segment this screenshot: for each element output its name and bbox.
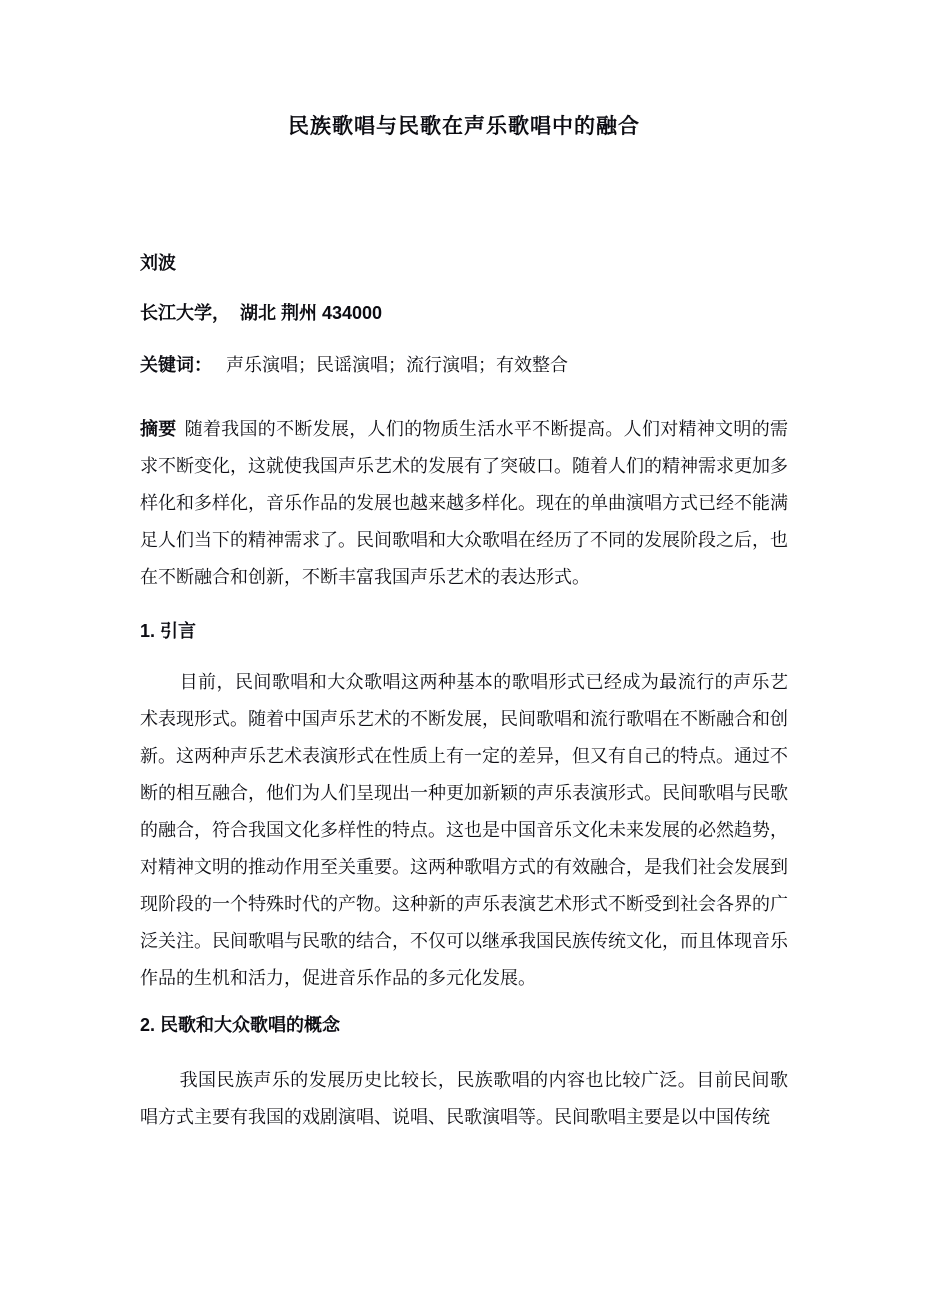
abstract-paragraph: 摘要随着我国的不断发展，人们的物质生活水平不断提高。人们对精神文明的需求不断变化… xyxy=(140,411,788,596)
page-title: 民族歌唱与民歌在声乐歌唱中的融合 xyxy=(140,112,788,142)
author-name: 刘波 xyxy=(140,245,788,282)
abstract-text: 随着我国的不断发展，人们的物质生活水平不断提高。人们对精神文明的需求不断变化，这… xyxy=(140,419,788,587)
section-paragraph-introduction: 目前，民间歌唱和大众歌唱这两种基本的歌唱形式已经成为最流行的声乐艺术表现形式。随… xyxy=(140,664,788,997)
keywords-text: 声乐演唱；民谣演唱；流行演唱；有效整合 xyxy=(226,355,568,375)
document-page: 民族歌唱与民歌在声乐歌唱中的融合 刘波 长江大学， 湖北 荆州 434000 关… xyxy=(0,0,925,1308)
section-heading-concepts: 2. 民歌和大众歌唱的概念 xyxy=(140,1007,788,1044)
keywords-label: 关键词： xyxy=(140,355,212,375)
author-affiliation: 长江大学， 湖北 荆州 434000 xyxy=(140,295,788,332)
section-paragraph-concepts: 我国民族声乐的发展历史比较长，民族歌唱的内容也比较广泛。目前民间歌唱方式主要有我… xyxy=(140,1062,788,1136)
abstract-label: 摘要 xyxy=(140,419,177,439)
section-heading-introduction: 1. 引言 xyxy=(140,613,788,650)
keywords-line: 关键词：声乐演唱；民谣演唱；流行演唱；有效整合 xyxy=(140,347,788,384)
